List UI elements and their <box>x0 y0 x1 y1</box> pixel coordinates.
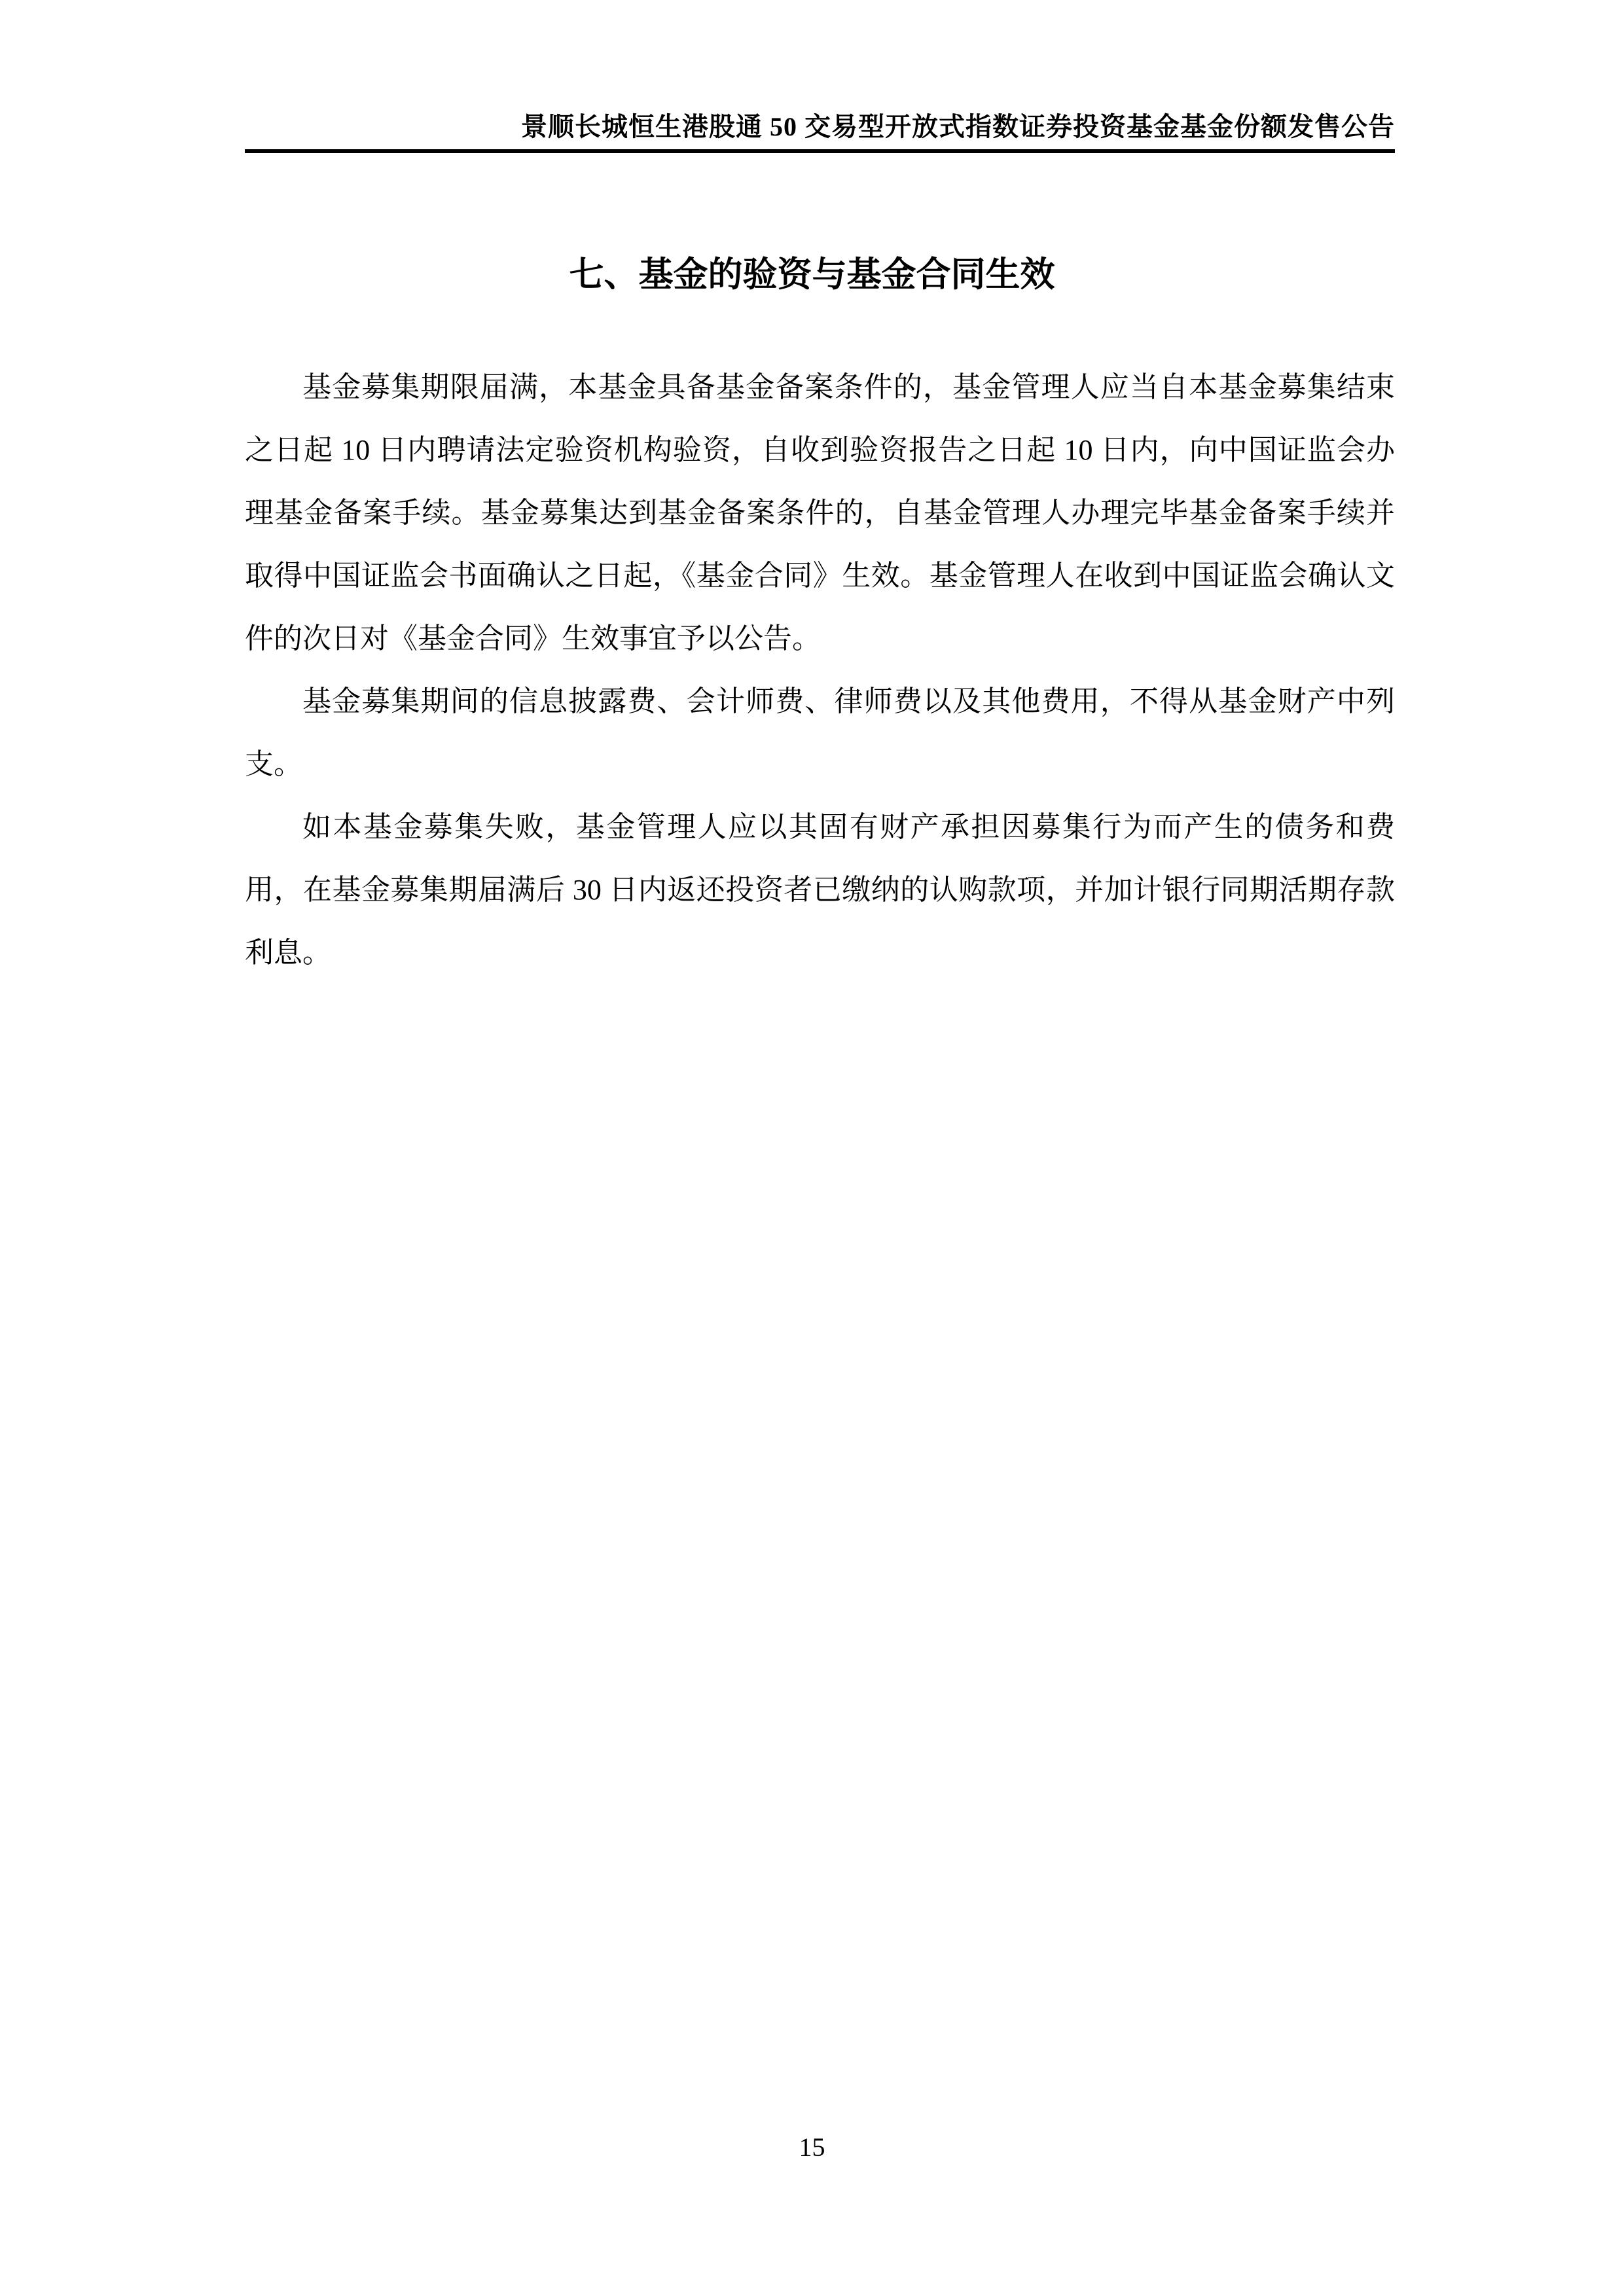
paragraph-fund-verification: 基金募集期限届满，本基金具备基金备案条件的，基金管理人应当自本基金募集结束之日起… <box>245 356 1395 670</box>
document-body: 基金募集期限届满，本基金具备基金备案条件的，基金管理人应当自本基金募集结束之日起… <box>245 356 1395 984</box>
running-header: 景顺长城恒生港股通 50 交易型开放式指数证券投资基金基金份额发售公告 <box>245 111 1395 143</box>
header-rule <box>245 149 1395 153</box>
document-page: 景顺长城恒生港股通 50 交易型开放式指数证券投资基金基金份额发售公告 七、基金… <box>0 0 1624 2296</box>
section-title: 七、基金的验资与基金合同生效 <box>0 255 1624 295</box>
running-header-text: 景顺长城恒生港股通 50 交易型开放式指数证券投资基金基金份额发售公告 <box>521 112 1395 141</box>
paragraph-offering-fees: 基金募集期间的信息披露费、会计师费、律师费以及其他费用，不得从基金财产中列支。 <box>245 670 1395 796</box>
paragraph-offering-failure: 如本基金募集失败，基金管理人应以其固有财产承担因募集行为而产生的债务和费用，在基… <box>245 796 1395 984</box>
page-number: 15 <box>0 2132 1624 2162</box>
